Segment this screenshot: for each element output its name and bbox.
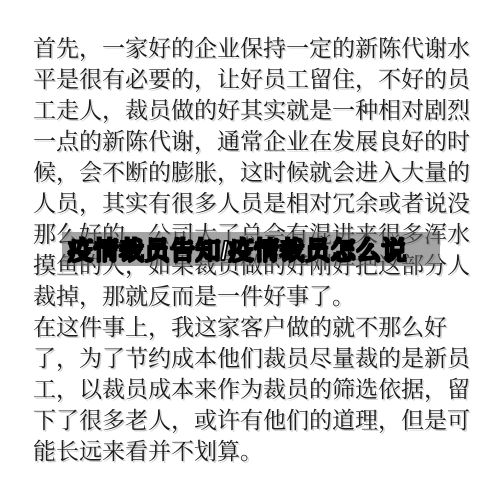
article-line: 了，为了节约成本他们裁员尽量裁的是新员 (33, 343, 478, 374)
article-line: 能长远来看并不划算。 (33, 436, 478, 467)
article-line: 工，以裁员成本来作为裁员的筛选依据，留 (33, 374, 478, 405)
article-line: 首先，一家好的企业保持一定的新陈代谢水 (33, 33, 478, 64)
article-line: 人员，其实有很多人员是相对冗余或者说没 (33, 188, 478, 219)
article-line: 裁掉，那就反而是一件好事了。 (33, 281, 478, 312)
watermark-banner-text: 疫情裁员告知/疫情裁员怎么说 (62, 231, 407, 267)
article-line: 工走人，裁员做的好其实就是一种相对剧烈 (33, 95, 478, 126)
article-page: 首先，一家好的企业保持一定的新陈代谢水 平是很有必要的，让好员工留住，不好的员 … (0, 0, 500, 500)
watermark-banner: 疫情裁员告知/疫情裁员怎么说 (62, 232, 440, 266)
article-line: 一点的新陈代谢，通常企业在发展良好的时 (33, 126, 478, 157)
article-line: 平是很有必要的，让好员工留住，不好的员 (33, 64, 478, 95)
article-line: 候，会不断的膨胀，这时候就会进入大量的 (33, 157, 478, 188)
article-line: 下了很多老人，或许有他们的道理，但是可 (33, 405, 478, 436)
article-line: 在这件事上，我这家客户做的就不那么好 (33, 312, 478, 343)
